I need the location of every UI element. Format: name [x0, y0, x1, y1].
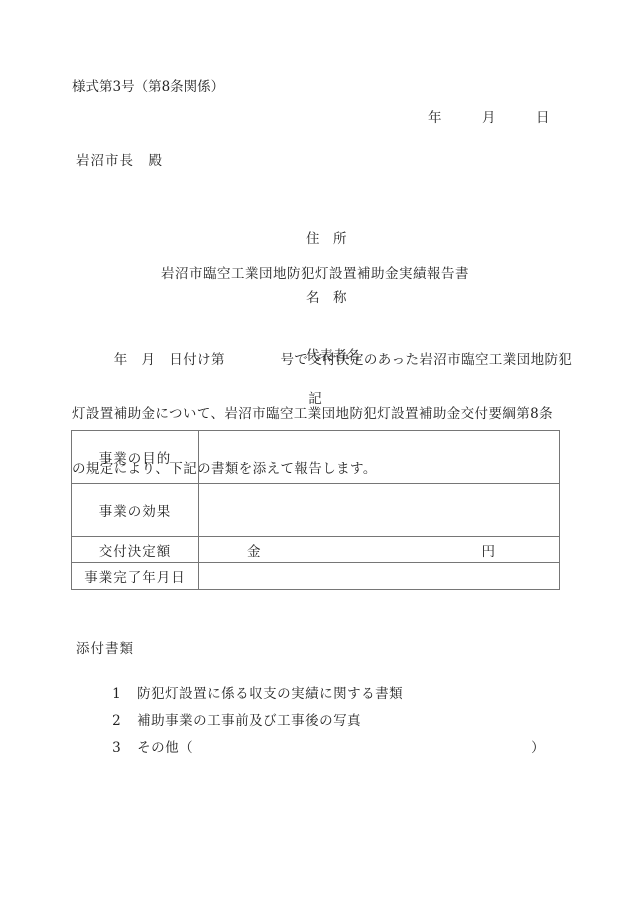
row-label-completion-date: 事業完了年月日 [72, 563, 199, 590]
amount-suffix: 円 [482, 540, 496, 560]
table-row-purpose: 事業の目的 [72, 431, 560, 484]
attachment-item-3-number: 3 [112, 741, 125, 756]
date-line: 年 月 日 [428, 111, 550, 126]
row-label-grant-amount: 交付決定額 [72, 537, 199, 563]
addressee: 岩沼市長 殿 [76, 154, 163, 169]
row-value-purpose [199, 431, 560, 484]
form-number: 様式第3号（第8条関係） [72, 80, 224, 95]
attachment-item-3-text: その他（ [137, 740, 193, 756]
document-title: 岩沼市臨空工業団地防犯灯設置補助金実績報告書 [0, 267, 630, 282]
row-value-completion-date [199, 563, 560, 590]
row-value-effect [199, 484, 560, 537]
row-label-purpose: 事業の目的 [72, 431, 199, 484]
row-label-effect: 事業の効果 [72, 484, 199, 537]
row-value-grant-amount: 金 円 [199, 537, 560, 563]
ki-heading: 記 [0, 392, 630, 407]
applicant-name-label: 名 称 [306, 289, 360, 309]
attachments-heading: 添付書類 [76, 642, 134, 657]
table-row-effect: 事業の効果 [72, 484, 560, 537]
table-row-completion-date: 事業完了年月日 [72, 563, 560, 590]
amount-prefix: 金 [247, 540, 261, 560]
amount-line: 金 円 [199, 540, 559, 560]
report-table: 事業の目的 事業の効果 交付決定額 金 円 事業完了年月日 [71, 430, 560, 590]
document-page: 様式第3号（第8条関係） 年 月 日 岩沼市長 殿 住 所 名 称 代表者名 岩… [0, 0, 630, 903]
attachment-item-3-close-paren: ） [531, 740, 545, 756]
body-line-1: 年 月 日付け第 号で交付決定のあった岩沼市臨空工業団地防犯 [72, 351, 566, 369]
applicant-address-label: 住 所 [306, 230, 360, 250]
table-row-grant-amount: 交付決定額 金 円 [72, 537, 560, 563]
body-line-2: 灯設置補助金について、岩沼市臨空工業団地防犯灯設置補助金交付要綱第8条 [72, 405, 566, 423]
attachment-item-3: 3その他（） [93, 726, 545, 771]
